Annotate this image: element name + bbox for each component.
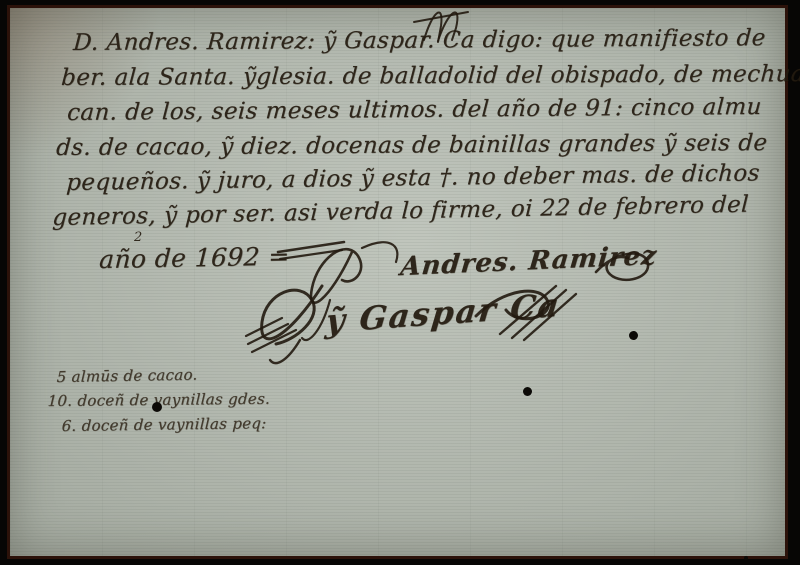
ink-spot (523, 387, 532, 396)
manuscript-line-3: can. de los, seis meses ultimos. del año… (66, 94, 762, 126)
manuscript-line-5: pequeños. ỹ juro, a dios ỹ esta †. no de… (66, 160, 761, 196)
manuscript-line-6: generos, ỹ por ser. asi verda lo firme, … (52, 192, 750, 231)
ink-spot (152, 402, 162, 412)
ink-spot (629, 331, 638, 340)
manuscript-line-4: ds. de cacao, ỹ diez. docenas de bainill… (55, 130, 768, 161)
tally-note-cacao: 5 almūs de cacao. (56, 366, 198, 386)
manuscript-line-2: ber. ala Santa. ỹglesia. de balladolid d… (60, 61, 800, 91)
signature-andres-ramirez: Andres. Ramirez (399, 241, 658, 282)
tally-note-vanilla-small: 6. doceñ de vaynillas peq: (61, 414, 267, 435)
date-superscript-mark: 2 (134, 230, 142, 245)
scanned-document: D. Andres. Ramirez: ỹ Gaspar. Ca digo: q… (0, 0, 800, 565)
ink-spot (744, 556, 748, 560)
manuscript-line-1: D. Andres. Ramirez: ỹ Gaspar. Ca digo: q… (72, 25, 766, 56)
manuscript-paper: D. Andres. Ramirez: ỹ Gaspar. Ca digo: q… (10, 8, 785, 556)
signature-gaspar-ca: ỹ Gaspar Ca (324, 286, 563, 341)
manuscript-date-line: año de 1692 = (98, 242, 290, 274)
